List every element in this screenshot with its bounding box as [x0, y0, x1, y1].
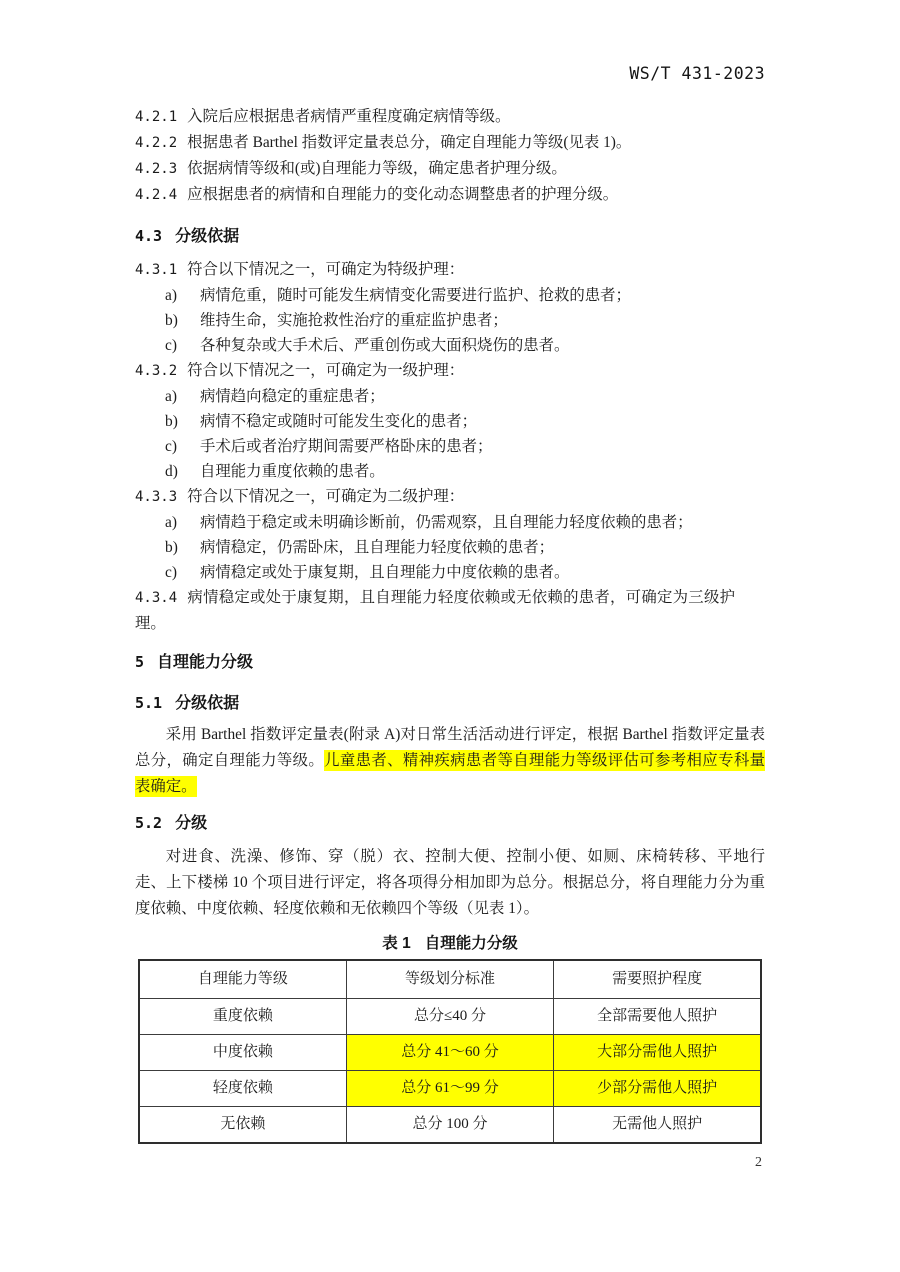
clause-number: 4.2.2	[135, 131, 177, 156]
table-cell: 无依赖	[139, 1106, 346, 1143]
list-label: b)	[165, 308, 187, 333]
clause-4-3-1: 4.3.1符合以下情况之一，可确定为特级护理：	[135, 257, 765, 283]
list-label: a)	[165, 384, 187, 409]
section-number: 5	[135, 650, 144, 675]
clause-4-2-4: 4.2.4应根据患者的病情和自理能力的变化动态调整患者的护理分级。	[135, 182, 765, 208]
document-page: WS/T 431-2023 4.2.1入院后应根据患者病情严重程度确定病情等级。…	[0, 0, 900, 1272]
section-title: 分级依据	[175, 228, 239, 245]
table-caption-title: 自理能力分级	[425, 935, 518, 952]
clause-4-3-3: 4.3.3符合以下情况之一，可确定为二级护理：	[135, 484, 765, 510]
list-text: 病情稳定，仍需卧床，且自理能力轻度依赖的患者；	[200, 539, 554, 556]
list-text: 病情不稳定或随时可能发生变化的患者；	[200, 413, 477, 430]
clause-number: 4.2.4	[135, 183, 177, 208]
clause-text: 病情稳定或处于康复期，且自理能力轻度依赖或无依赖的患者，可确定为三级护理。	[135, 589, 735, 632]
table-cell-highlighted: 大部分需他人照护	[554, 1034, 761, 1070]
standard-code: WS/T 431-2023	[629, 64, 765, 83]
table-cell-highlighted: 少部分需他人照护	[554, 1070, 761, 1106]
table-cell: 无需他人照护	[554, 1106, 761, 1143]
clause-number: 4.3.1	[135, 258, 177, 283]
table-header-cell: 自理能力等级	[139, 960, 346, 999]
section-heading-4-3: 4.3分级依据	[135, 224, 765, 249]
list-text: 自理能力重度依赖的患者。	[200, 463, 385, 480]
clause-text: 依据病情等级和(或)自理能力等级，确定患者护理分级。	[187, 160, 567, 177]
list-item: a)病情趋于稳定或未明确诊断前，仍需观察，且自理能力轻度依赖的患者；	[135, 510, 765, 535]
paragraph-5-2: 对进食、洗澡、修饰、穿（脱）衣、控制大便、控制小便、如厕、床椅转移、平地行走、上…	[135, 844, 765, 921]
clause-4-2-2: 4.2.2根据患者 Barthel 指数评定量表总分，确定自理能力等级(见表 1…	[135, 130, 765, 156]
section-number: 4.3	[135, 224, 162, 249]
list-item: c)病情稳定或处于康复期，且自理能力中度依赖的患者。	[135, 560, 765, 585]
list-item: d)自理能力重度依赖的患者。	[135, 459, 765, 484]
list-item: b)病情稳定，仍需卧床，且自理能力轻度依赖的患者；	[135, 535, 765, 560]
clause-group-4-3-3: 4.3.3符合以下情况之一，可确定为二级护理： a)病情趋于稳定或未明确诊断前，…	[135, 484, 765, 585]
list-item: c)手术后或者治疗期间需要严格卧床的患者；	[135, 434, 765, 459]
table-cell: 总分 100 分	[346, 1106, 553, 1143]
table-caption: 表 1自理能力分级	[135, 931, 765, 956]
list-text: 病情稳定或处于康复期，且自理能力中度依赖的患者。	[200, 564, 569, 581]
list-label: a)	[165, 283, 187, 308]
list-item: b)维持生命，实施抢救性治疗的重症监护患者；	[135, 308, 765, 333]
list-item: a)病情趋向稳定的重症患者；	[135, 384, 765, 409]
list-text: 病情危重，随时可能发生病情变化需要进行监护、抢救的患者；	[200, 287, 631, 304]
list-item: c)各种复杂或大手术后、严重创伤或大面积烧伤的患者。	[135, 333, 765, 358]
table-cell: 中度依赖	[139, 1034, 346, 1070]
section-heading-5-2: 5.2分级	[135, 811, 765, 836]
clause-text: 入院后应根据患者病情严重程度确定病情等级。	[187, 108, 510, 125]
section-heading-5-1: 5.1分级依据	[135, 691, 765, 716]
table-header-cell: 等级划分标准	[346, 960, 553, 999]
clause-group-4-3-2: 4.3.2符合以下情况之一，可确定为一级护理： a)病情趋向稳定的重症患者； b…	[135, 358, 765, 484]
section-title: 分级	[175, 815, 207, 832]
list-label: c)	[165, 434, 187, 459]
clause-number: 4.3.3	[135, 485, 177, 510]
list-text: 病情趋向稳定的重症患者；	[200, 388, 385, 405]
section-number: 5.2	[135, 811, 162, 836]
clause-text: 符合以下情况之一，可确定为一级护理：	[187, 362, 464, 379]
clause-number: 4.2.3	[135, 157, 177, 182]
clause-number: 4.2.1	[135, 105, 177, 130]
list-label: b)	[165, 409, 187, 434]
section-heading-5: 5自理能力分级	[135, 650, 765, 675]
list-text: 维持生命，实施抢救性治疗的重症监护患者；	[200, 312, 508, 329]
clause-text: 符合以下情况之一，可确定为特级护理：	[187, 261, 464, 278]
table-caption-label: 表 1	[382, 935, 410, 952]
table-cell: 全部需要他人照护	[554, 998, 761, 1034]
table-header-row: 自理能力等级 等级划分标准 需要照护程度	[139, 960, 761, 999]
list-text: 各种复杂或大手术后、严重创伤或大面积烧伤的患者。	[200, 337, 569, 354]
clause-text: 根据患者 Barthel 指数评定量表总分，确定自理能力等级(见表 1)。	[187, 134, 631, 151]
table-row: 轻度依赖 总分 61～99 分 少部分需他人照护	[139, 1070, 761, 1106]
table-cell: 总分≤40 分	[346, 998, 553, 1034]
clause-4-3-4: 4.3.4病情稳定或处于康复期，且自理能力轻度依赖或无依赖的患者，可确定为三级护…	[135, 585, 735, 636]
paragraph-5-1: 采用 Barthel 指数评定量表(附录 A)对日常生活活动进行评定，根据 Ba…	[135, 722, 765, 799]
clause-number: 4.3.4	[135, 586, 177, 611]
page-content: 4.2.1入院后应根据患者病情严重程度确定病情等级。 4.2.2根据患者 Bar…	[135, 104, 765, 1144]
list-item: a)病情危重，随时可能发生病情变化需要进行监护、抢救的患者；	[135, 283, 765, 308]
table-cell: 重度依赖	[139, 998, 346, 1034]
clause-text: 符合以下情况之一，可确定为二级护理：	[187, 488, 464, 505]
section-title: 自理能力分级	[157, 654, 253, 671]
table-row: 重度依赖 总分≤40 分 全部需要他人照护	[139, 998, 761, 1034]
table-cell: 轻度依赖	[139, 1070, 346, 1106]
list-label: c)	[165, 560, 187, 585]
table-row: 中度依赖 总分 41～60 分 大部分需他人照护	[139, 1034, 761, 1070]
list-item: b)病情不稳定或随时可能发生变化的患者；	[135, 409, 765, 434]
section-title: 分级依据	[175, 695, 239, 712]
clause-4-2-3: 4.2.3依据病情等级和(或)自理能力等级，确定患者护理分级。	[135, 156, 765, 182]
clause-text: 应根据患者的病情和自理能力的变化动态调整患者的护理分级。	[187, 186, 618, 203]
clause-group-4-3-1: 4.3.1符合以下情况之一，可确定为特级护理： a)病情危重，随时可能发生病情变…	[135, 257, 765, 358]
page-number: 2	[755, 1155, 762, 1171]
list-label: a)	[165, 510, 187, 535]
list-label: c)	[165, 333, 187, 358]
table-header-cell: 需要照护程度	[554, 960, 761, 999]
clause-4-2-1: 4.2.1入院后应根据患者病情严重程度确定病情等级。	[135, 104, 765, 130]
table-cell-highlighted: 总分 61～99 分	[346, 1070, 553, 1106]
clause-4-3-2: 4.3.2符合以下情况之一，可确定为一级护理：	[135, 358, 765, 384]
section-number: 5.1	[135, 691, 162, 716]
list-label: d)	[165, 459, 187, 484]
list-text: 手术后或者治疗期间需要严格卧床的患者；	[200, 438, 492, 455]
list-text: 病情趋于稳定或未明确诊断前，仍需观察，且自理能力轻度依赖的患者；	[200, 514, 693, 531]
clause-number: 4.3.2	[135, 359, 177, 384]
list-label: b)	[165, 535, 187, 560]
self-care-grading-table: 自理能力等级 等级划分标准 需要照护程度 重度依赖 总分≤40 分 全部需要他人…	[138, 959, 762, 1144]
table-row: 无依赖 总分 100 分 无需他人照护	[139, 1106, 761, 1143]
table-cell-highlighted: 总分 41～60 分	[346, 1034, 553, 1070]
